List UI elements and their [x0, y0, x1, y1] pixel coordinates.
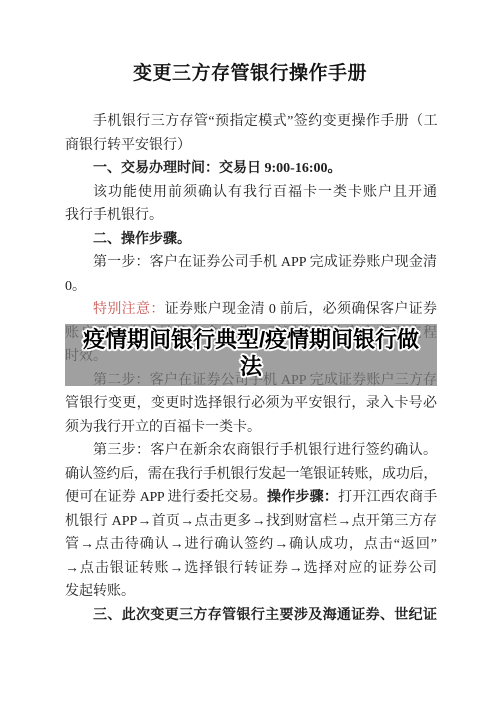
function-line-2: 我行手机银行。 [65, 204, 437, 228]
note-line-1: 特别注意：证券账户现金清 0 前后，必须确保客户证券 [65, 298, 437, 322]
heading-involved-brokers: 三、此次变更三方存管银行主要涉及海通证券、世纪证 [65, 604, 437, 628]
step3-line-6: →点击银证转账→选择银行转证券→选择对应的证券公司 [65, 557, 437, 581]
note-text: 证券账户现金清 0 前后，必须确保客户证券 [165, 302, 437, 317]
function-line-1: 该功能使用前须确认有我行百福卡一类卡账户且开通 [65, 181, 437, 205]
inline-heading-steps: 操作步骤： [267, 490, 338, 505]
intro-line-2: 商银行转平安银行） [65, 134, 437, 158]
step3-line-2: 确认签约后，需在我行手机银行发起一笔银证转账，成功后， [65, 463, 437, 487]
step3-line-3: 便可在证券 APP 进行委托交易。操作步骤：打开江西农商手 [65, 486, 437, 510]
step3-line-4: 机银行 APP→首页→点击更多→找到财富栏→点开第三方存 [65, 510, 437, 534]
document-title: 变更三方存管银行操作手册 [0, 58, 500, 85]
step3-text-post: 打开江西农商手 [338, 490, 437, 505]
step1-line-1: 第一步：客户在证券公司手机 APP 完成证券账户现金清 [65, 251, 437, 275]
intro-line-1: 手机银行三方存管“预指定模式”签约变更操作手册（工 [65, 110, 437, 134]
watermark-caption-line-1: 疫情期间银行典型/疫情期间银行做 [65, 326, 437, 353]
watermark-caption-line-2: 法 [65, 353, 437, 380]
watermark-band: 疫情期间银行典型/疫情期间银行做 法 [65, 324, 437, 386]
heading-transaction-time: 一、交易办理时间：交易日 9:00-16:00。 [65, 157, 437, 181]
step3-line-1: 第三步：客户在新余农商银行手机银行进行签约确认。 [65, 439, 437, 463]
note-label: 特别注意： [93, 302, 165, 317]
watermark-caption: 疫情期间银行典型/疫情期间银行做 法 [65, 324, 437, 380]
step1-line-2: 0。 [65, 275, 437, 299]
step2-line-2: 管银行变更，变更时选择银行必须为平安银行，录入卡号必 [65, 392, 437, 416]
document-page: 变更三方存管银行操作手册 手机银行三方存管“预指定模式”签约变更操作手册（工 商… [0, 0, 500, 706]
step3-line-7: 发起转账。 [65, 580, 437, 604]
step2-line-3: 须为我行开立的百福卡一类卡。 [65, 416, 437, 440]
heading-steps: 二、操作步骤。 [65, 228, 437, 252]
step3-line-5: 管→点击待确认→进行确认签约→确认成功，点击“返回” [65, 533, 437, 557]
step3-text-pre: 便可在证券 APP 进行委托交易。 [65, 490, 267, 505]
